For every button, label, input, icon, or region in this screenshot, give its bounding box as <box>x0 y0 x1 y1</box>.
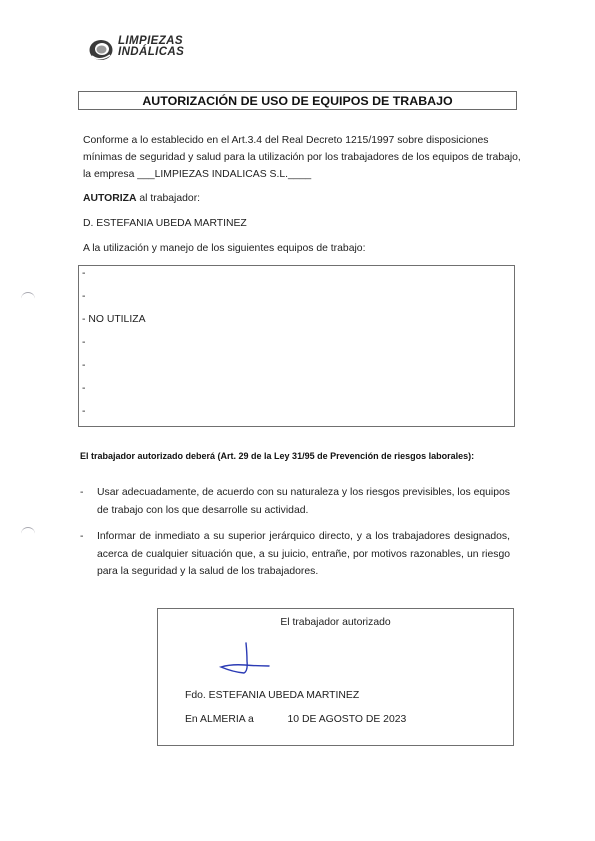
duty-bullet: - <box>80 484 83 502</box>
duty-item: - Informar de inmediato a su superior je… <box>80 528 510 581</box>
worker-name: D. ESTEFANIA UBEDA MARTINEZ <box>83 215 247 232</box>
company-logo-text: LIMPIEZAS INDÁLICAS <box>118 36 184 58</box>
signature-date: 10 DE AGOSTO DE 2023 <box>288 714 407 725</box>
equipment-item: - <box>82 337 85 349</box>
equipment-item: - <box>82 291 85 303</box>
logo-line-2: INDÁLICAS <box>118 47 184 58</box>
signature-box: El trabajador autorizado Fdo. ESTEFANIA … <box>157 608 514 746</box>
company-logo-icon <box>88 38 114 62</box>
equipment-item: - <box>82 268 85 280</box>
equipment-item: - <box>82 406 85 418</box>
duty-text: Usar adecuadamente, de acuerdo con su na… <box>97 484 510 519</box>
page-title: AUTORIZACIÓN DE USO DE EQUIPOS DE TRABAJ… <box>142 94 452 108</box>
title-box: AUTORIZACIÓN DE USO DE EQUIPOS DE TRABAJ… <box>78 91 517 110</box>
hole-punch-mark <box>21 527 35 536</box>
place-date-line: En ALMERIA a 10 DE AGOSTO DE 2023 <box>185 714 406 725</box>
duty-bullet: - <box>80 528 83 546</box>
equipment-item: - <box>82 383 85 395</box>
signature-label: El trabajador autorizado <box>158 617 513 628</box>
authorizes-line: AUTORIZA al trabajador: <box>83 190 200 207</box>
handwritten-signature-icon <box>213 639 273 684</box>
duties-heading: El trabajador autorizado deberá (Art. 29… <box>80 452 510 462</box>
duty-text: Informar de inmediato a su superior jerá… <box>97 528 510 581</box>
intro-paragraph: Conforme a lo establecido en el Art.3.4 … <box>83 132 523 183</box>
equipment-list-box: - - - NO UTILIZA - - - - <box>78 265 515 427</box>
equipment-intro: A la utilización y manejo de los siguien… <box>83 240 365 257</box>
hole-punch-mark <box>21 292 35 301</box>
authorizes-rest: al trabajador: <box>137 193 201 204</box>
signature-place: En ALMERIA a <box>185 714 254 725</box>
duty-item: - Usar adecuadamente, de acuerdo con su … <box>80 484 510 519</box>
equipment-item: - <box>82 360 85 372</box>
signed-by: Fdo. ESTEFANIA UBEDA MARTINEZ <box>185 690 359 701</box>
company-logo: LIMPIEZAS INDÁLICAS <box>88 36 208 68</box>
authorizes-bold: AUTORIZA <box>83 193 137 204</box>
equipment-item: - NO UTILIZA <box>82 314 146 326</box>
